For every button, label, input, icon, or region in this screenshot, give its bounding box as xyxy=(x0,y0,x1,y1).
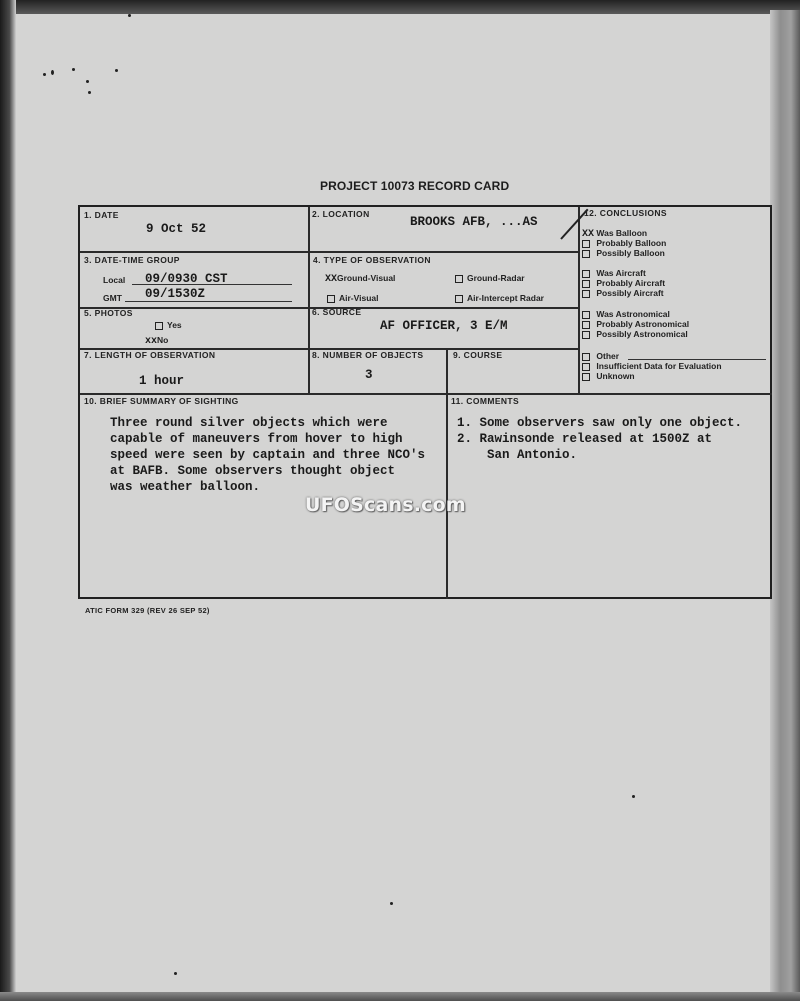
scan-speck xyxy=(128,14,131,17)
checkbox-icon xyxy=(155,322,163,330)
location-label: 2. LOCATION xyxy=(312,209,370,219)
scan-speck xyxy=(174,972,177,975)
document-title: PROJECT 10073 RECORD CARD xyxy=(320,179,520,193)
divider xyxy=(80,251,578,253)
checkbox-icon xyxy=(582,280,590,288)
conclusion-unknown[interactable]: Unknown xyxy=(582,371,635,381)
conclusion-possibly-balloon[interactable]: Possibly Balloon xyxy=(582,248,665,258)
comment-line: San Antonio. xyxy=(457,448,577,462)
checkbox-icon xyxy=(582,363,590,371)
checkbox-icon xyxy=(582,270,590,278)
checkbox-icon xyxy=(582,311,590,319)
summary-line: Three round silver objects which were xyxy=(110,416,388,430)
summary-label: 10. BRIEF SUMMARY OF SIGHTING xyxy=(84,396,239,406)
scan-speck xyxy=(632,795,635,798)
watermark: UFOScans.com xyxy=(305,494,466,516)
scan-speck xyxy=(72,68,75,71)
checkbox-icon xyxy=(455,275,463,283)
checked-mark: xx xyxy=(145,336,157,347)
conclusion-probably-aircraft[interactable]: Probably Aircraft xyxy=(582,278,665,288)
checkbox-icon xyxy=(455,295,463,303)
conclusion-was-aircraft[interactable]: Was Aircraft xyxy=(582,268,646,278)
checked-mark: XX xyxy=(325,274,337,285)
location-value: BROOKS AFB, ...AS xyxy=(410,215,538,229)
scan-speck xyxy=(88,91,91,94)
checkbox-icon xyxy=(582,331,590,339)
divider xyxy=(446,348,448,599)
checkbox-icon xyxy=(582,321,590,329)
scan-right-edge xyxy=(770,10,800,1001)
scan-top-edge xyxy=(0,0,800,14)
scan-speck xyxy=(115,69,118,72)
photos-label: 5. PHOTOS xyxy=(84,308,133,318)
summary-line: was weather balloon. xyxy=(110,480,260,494)
date-label: 1. DATE xyxy=(84,210,119,220)
conclusions-label: 12. CONCLUSIONS xyxy=(584,208,667,218)
checkbox-icon xyxy=(582,250,590,258)
type-of-observation-label: 4. TYPE OF OBSERVATION xyxy=(313,255,431,265)
option-air-intercept-radar[interactable]: Air-Intercept Radar xyxy=(455,293,544,303)
scan-speck xyxy=(390,902,393,905)
comment-line: 2. Rawinsonde released at 1500Z at xyxy=(457,432,712,446)
date-time-group-label: 3. DATE-TIME GROUP xyxy=(84,255,180,265)
length-of-observation-label: 7. LENGTH OF OBSERVATION xyxy=(84,350,215,360)
scan-bottom-edge xyxy=(0,992,800,1001)
checkbox-icon xyxy=(582,240,590,248)
summary-line: capable of maneuvers from hover to high xyxy=(110,432,403,446)
conclusion-probably-balloon[interactable]: Probably Balloon xyxy=(582,238,666,248)
source-value: AF OFFICER, 3 E/M xyxy=(380,319,508,333)
local-value: 09/0930 CST xyxy=(145,272,228,286)
comment-line: 1. Some observers saw only one object. xyxy=(457,416,742,430)
local-label: Local xyxy=(103,275,125,285)
checkbox-icon xyxy=(582,373,590,381)
other-underline xyxy=(628,359,766,360)
scanned-page: PROJECT 10073 RECORD CARD 1. DATE 9 Oct … xyxy=(0,0,800,1001)
comments-label: 11. COMMENTS xyxy=(451,396,519,406)
conclusion-insufficient-data[interactable]: Insufficient Data for Evaluation xyxy=(582,361,722,371)
number-of-objects-label: 8. NUMBER OF OBJECTS xyxy=(312,350,423,360)
option-photos-yes[interactable]: Yes xyxy=(155,320,182,330)
form-footer: ATIC FORM 329 (REV 26 SEP 52) xyxy=(85,606,210,615)
number-of-objects-value: 3 xyxy=(365,368,373,382)
option-photos-no[interactable]: xxNo xyxy=(145,335,168,347)
checkbox-icon xyxy=(582,353,590,361)
checkbox-icon xyxy=(582,290,590,298)
divider xyxy=(308,207,310,393)
conclusion-probably-astronomical[interactable]: Probably Astronomical xyxy=(582,319,689,329)
date-value: 9 Oct 52 xyxy=(146,222,206,236)
length-of-observation-value: 1 hour xyxy=(139,374,184,388)
conclusion-other[interactable]: Other xyxy=(582,351,619,361)
checkbox-icon xyxy=(327,295,335,303)
scan-left-edge xyxy=(0,0,16,1001)
source-label: 6. SOURCE xyxy=(312,307,361,317)
scan-speck xyxy=(43,73,46,76)
course-label: 9. COURSE xyxy=(453,350,502,360)
divider xyxy=(80,393,772,395)
scan-speck xyxy=(51,70,54,75)
option-ground-visual[interactable]: XXGround-Visual xyxy=(325,273,395,285)
conclusion-possibly-aircraft[interactable]: Possibly Aircraft xyxy=(582,288,664,298)
summary-line: at BAFB. Some observers thought object xyxy=(110,464,395,478)
gmt-label: GMT xyxy=(103,293,122,303)
conclusion-was-astronomical[interactable]: Was Astronomical xyxy=(582,309,670,319)
summary-line: speed were seen by captain and three NCO… xyxy=(110,448,425,462)
conclusion-possibly-astronomical[interactable]: Possibly Astronomical xyxy=(582,329,688,339)
option-ground-radar[interactable]: Ground-Radar xyxy=(455,273,525,283)
gmt-underline xyxy=(125,301,292,302)
divider xyxy=(578,207,580,393)
gmt-value: 09/1530Z xyxy=(145,287,205,301)
scan-speck xyxy=(86,80,89,83)
option-air-visual[interactable]: Air-Visual xyxy=(327,293,379,303)
